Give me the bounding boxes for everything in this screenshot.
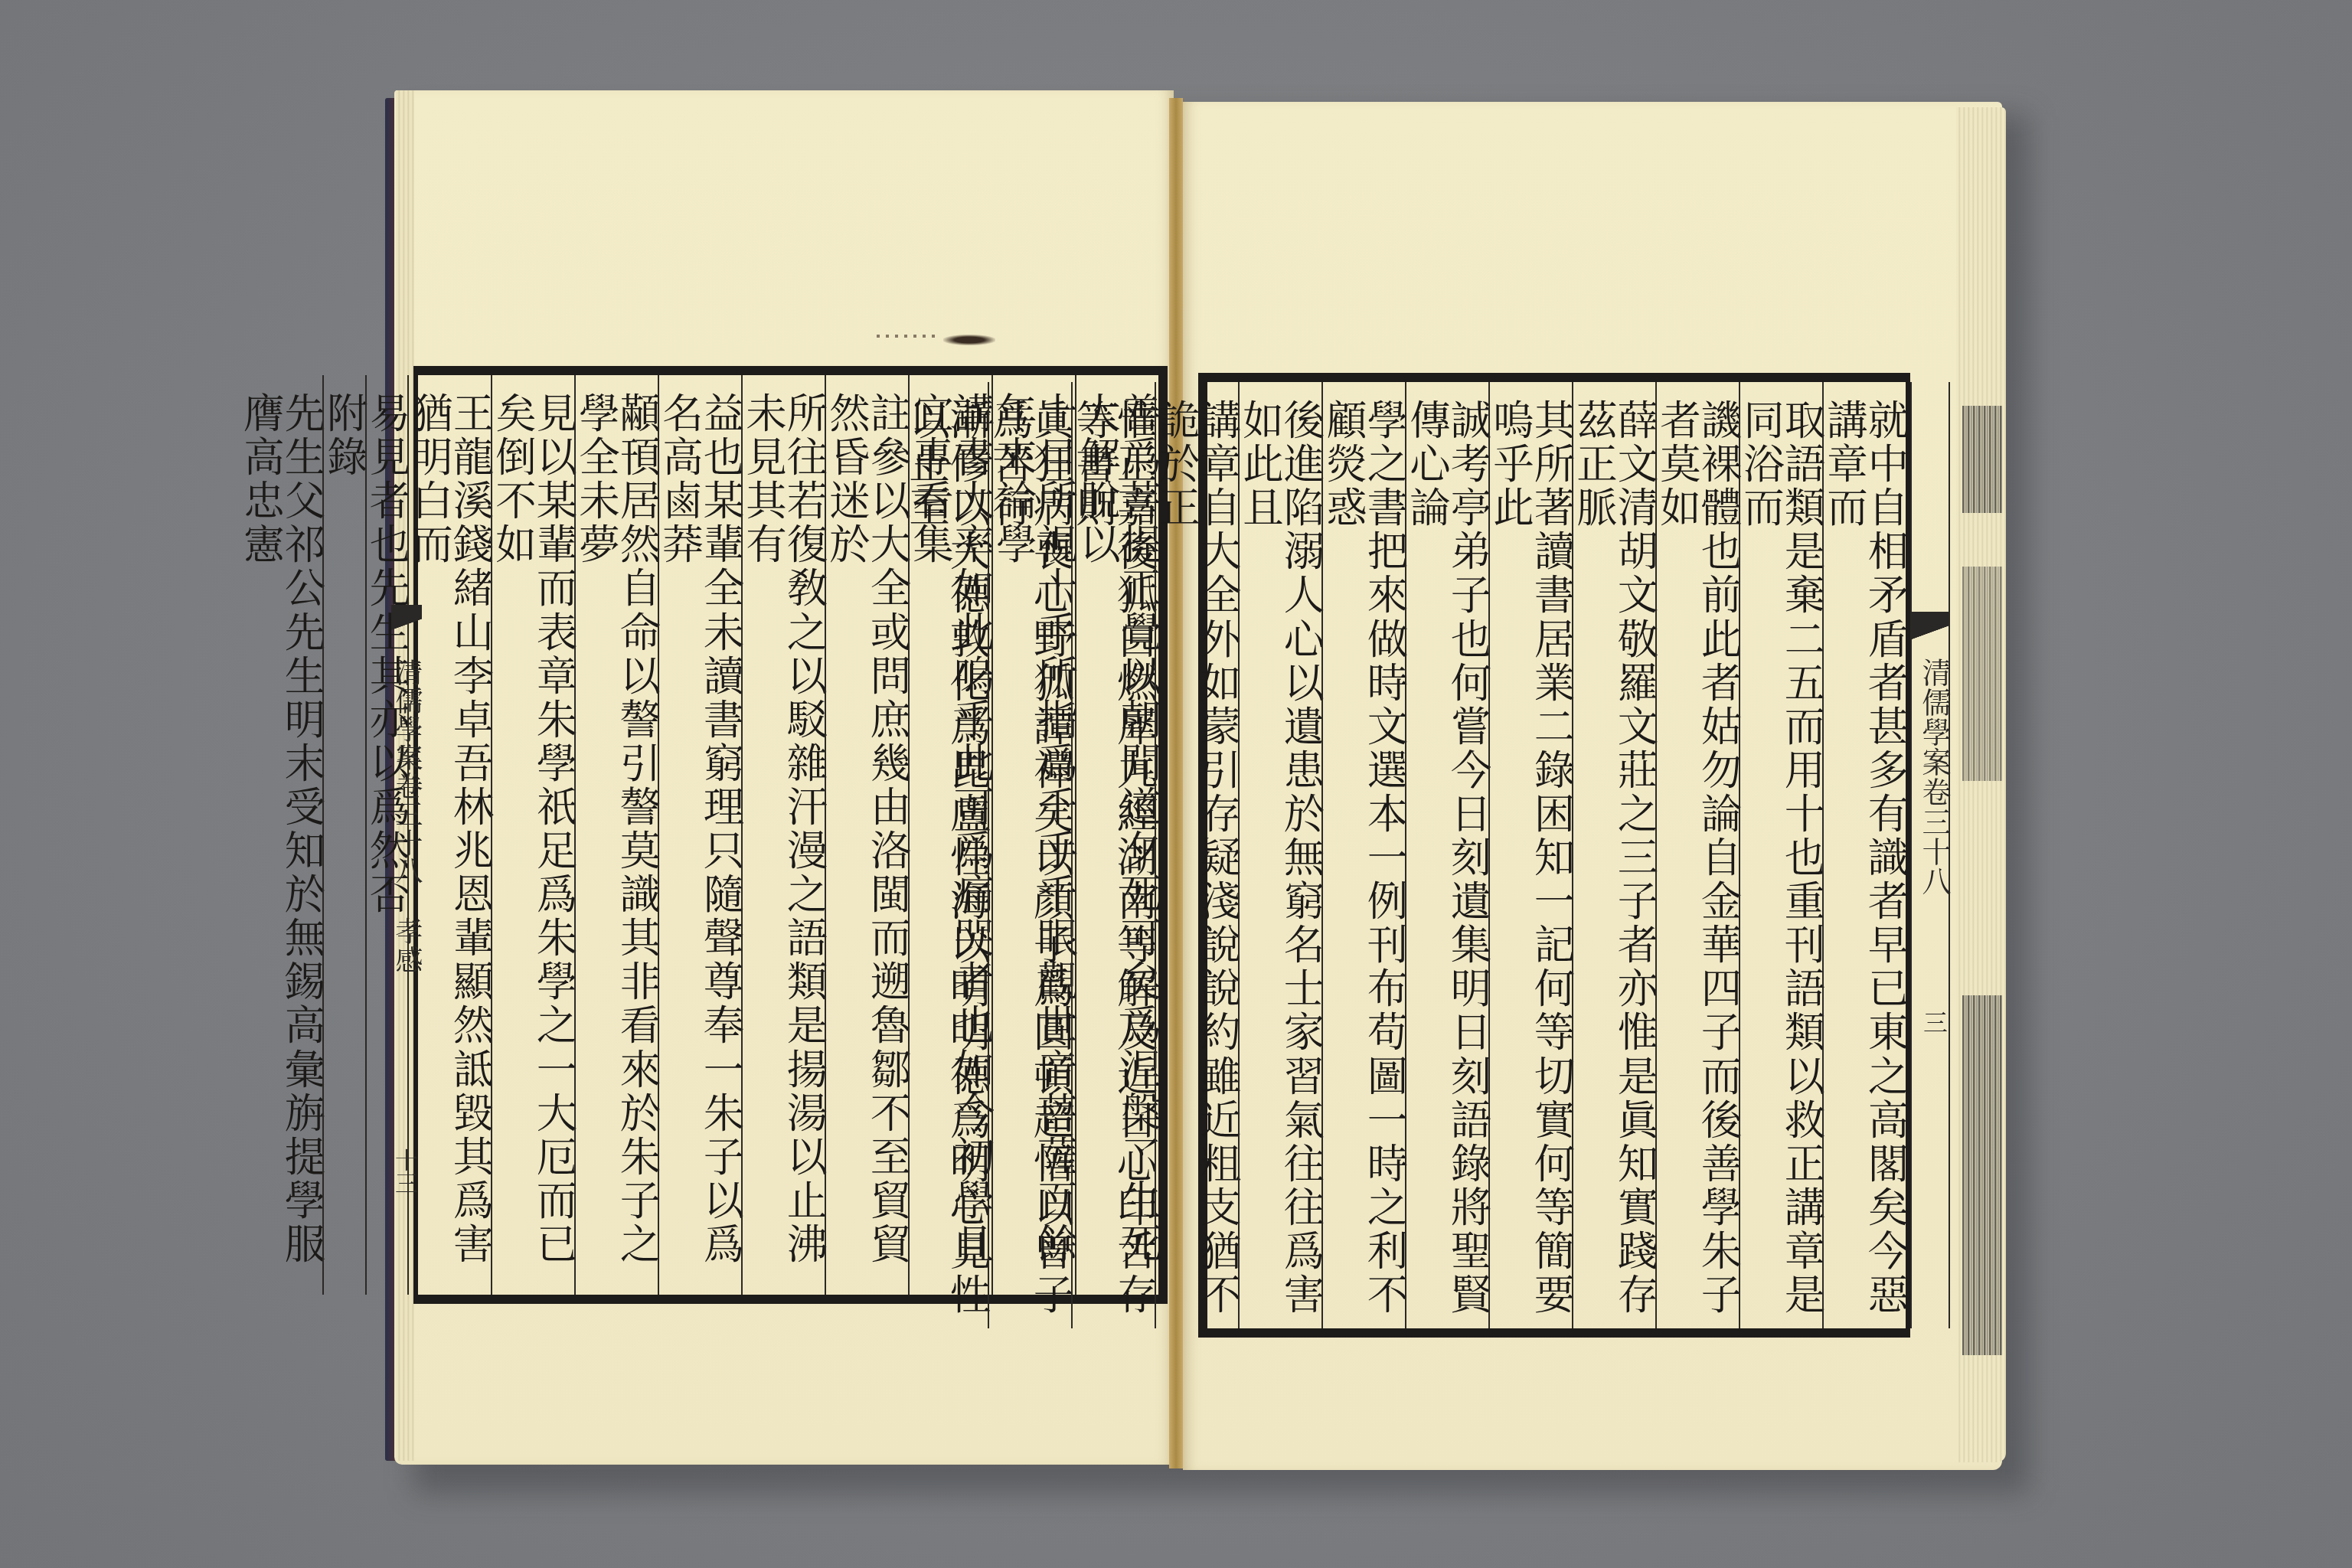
fore-edge-ink: [1962, 995, 2002, 1355]
column-text: 後進陷溺人心以遺患於無窮名士家習氣往往爲害如此且: [1240, 399, 1321, 1328]
text-column: 其所著讀書居業二錄困知一記何等切實何等簡要嗚乎此: [1488, 382, 1572, 1328]
column-text: 講章自大全外如蒙引存疑淺說說約雖近粗支猶不詭於正: [1156, 399, 1238, 1328]
ink-smudge: [943, 335, 995, 345]
column-text: 誠考亭弟子也何嘗今日刻遺集明日刻語錄將聖賢傳心論: [1406, 399, 1488, 1328]
text-column: 就中自相矛盾者甚多有識者早已東之高閣矣今惡講章而: [1822, 382, 1906, 1328]
column-text: 就中自相矛盾者甚多有識者早已東之高閣矣今惡講章而: [1824, 399, 1906, 1328]
text-column: 註參以大全或問庶幾由洛閩而遡魯鄒不至貿貿然昏迷於: [825, 375, 908, 1295]
right-page-frame: 就中自相矛盾者甚多有識者早已東之高閣矣今惡講章而 取語類是棄二五而用十也重刊語類…: [1198, 373, 1910, 1338]
column-text: 眞狂病喪心野狐譚禪矣以顏子爲圓頓超悟以曾子爲苦行: [989, 399, 1071, 1328]
fishtail-mark: [391, 605, 422, 635]
text-column: 取語類是棄二五而用十也重刊語類以救正講章是同浴而: [1739, 382, 1822, 1328]
text-column: 見以某輩而表章朱學祇足爲朱學之一大厄而已矣倒不如: [491, 375, 574, 1295]
text-column: 誠考亭弟子也何嘗今日刻遺集明日刻語錄將聖賢傳心論: [1405, 382, 1488, 1328]
fore-edge-ink: [1962, 567, 2002, 781]
column-text: 附錄: [324, 392, 365, 479]
column-text: 薛文清胡文敬羅文莊之三子者亦惟是眞知實踐存茲正脈: [1573, 399, 1655, 1328]
right-page-columns: 就中自相矛盾者甚多有識者早已東之高閣矣今惡講章而 取語類是棄二五而用十也重刊語類…: [1207, 382, 1906, 1328]
column-text: 漸修以大德敦化爲毘盧性海以明明德爲明心見性以止至: [906, 399, 988, 1328]
column-text: 註參以大全或問庶幾由洛閩而遡魯鄒不至貿貿然昏迷於: [826, 392, 908, 1295]
text-column: 譏裸體也前此者姑勿論自金華四子而後善學朱子者莫如: [1655, 382, 1739, 1328]
ink-specks: [877, 335, 938, 338]
text-column: 惟正嘉後狐白燃犀九經湖南等解及近日心印舌存等書則: [1071, 382, 1155, 1328]
text-column: 漸修以大德敦化爲毘盧性海以明明德爲明心見性以止至: [906, 382, 988, 1328]
running-title-right: 清儒學案卷三十八: [1915, 658, 1949, 897]
column-text: 惟正嘉後狐白燃犀九經湖南等解及近日心印舌存等書則: [1073, 399, 1155, 1328]
text-column: 益也某輩全未讀書窮理只隨聲尊奉一朱子以爲名高鹵莽: [658, 375, 741, 1295]
fishtail-mark: [1912, 612, 1949, 644]
column-text: 學之書把來做時文選本一例刊布苟圖一時之利不顧熒惑: [1323, 399, 1405, 1328]
text-column: 所往若復敎之以駁雜汗漫之語類是揚湯以止沸未見其有: [741, 375, 825, 1295]
text-column: 眞狂病喪心野狐譚禪矣以顏子爲圓頓超悟以曾子爲苦行: [988, 382, 1071, 1328]
text-column: 顢頇居然自命以謷引謷莫識其非看來於朱子之學全未夢: [574, 375, 658, 1295]
fore-edge-page-stack: [1956, 107, 2006, 1462]
column-text: 見以某輩而表章朱學祇足爲朱學之一大厄而已矣倒不如: [492, 392, 574, 1295]
text-column: 附錄: [322, 375, 365, 1295]
text-column: 後進陷溺人心以遺患於無窮名士家習氣往往爲害如此且: [1238, 382, 1321, 1328]
text-column: 講章自大全外如蒙引存疑淺說說約雖近粗支猶不詭於正: [1155, 382, 1238, 1328]
column-text: 譏裸體也前此者姑勿論自金華四子而後善學朱子者莫如: [1657, 399, 1739, 1328]
text-column: 學之書把來做時文選本一例刊布苟圖一時之利不顧熒惑: [1321, 382, 1405, 1328]
text-column: 先生父祁公先生明末受知於無錫高彙旃提學服膺高忠憲: [240, 375, 322, 1295]
right-banxin-strip: 清儒學案卷三十八 三: [1910, 382, 1950, 1328]
left-banxin-strip: 清儒學案卷三十八 孝感 十三: [391, 582, 422, 1302]
column-text: 取語類是棄二五而用十也重刊語類以救正講章是同浴而: [1740, 399, 1822, 1328]
column-text: 益也某輩全未讀書窮理只隨聲尊奉一朱子以爲名高鹵莽: [659, 392, 741, 1295]
folio-left: 十三: [393, 1148, 420, 1194]
column-text: 先生父祁公先生明末受知於無錫高彙旃提學服膺高忠憲: [240, 392, 322, 1295]
column-text: 所往若復敎之以駁雜汗漫之語類是揚湯以止沸未見其有: [743, 392, 825, 1295]
column-text: 其所著讀書居業二錄困知一記何等切實何等簡要嗚乎此: [1490, 399, 1572, 1328]
text-column: 薛文清胡文敬羅文莊之三子者亦惟是眞知實踐存茲正脈: [1572, 382, 1655, 1328]
folio-right: 三: [1916, 1010, 1952, 1034]
running-title-left: 清儒學案卷三十八 孝感: [393, 658, 420, 974]
column-text: 顢頇居然自命以謷引謷莫識其非看來於朱子之學全未夢: [576, 392, 658, 1295]
fore-edge-ink: [1962, 406, 2002, 513]
